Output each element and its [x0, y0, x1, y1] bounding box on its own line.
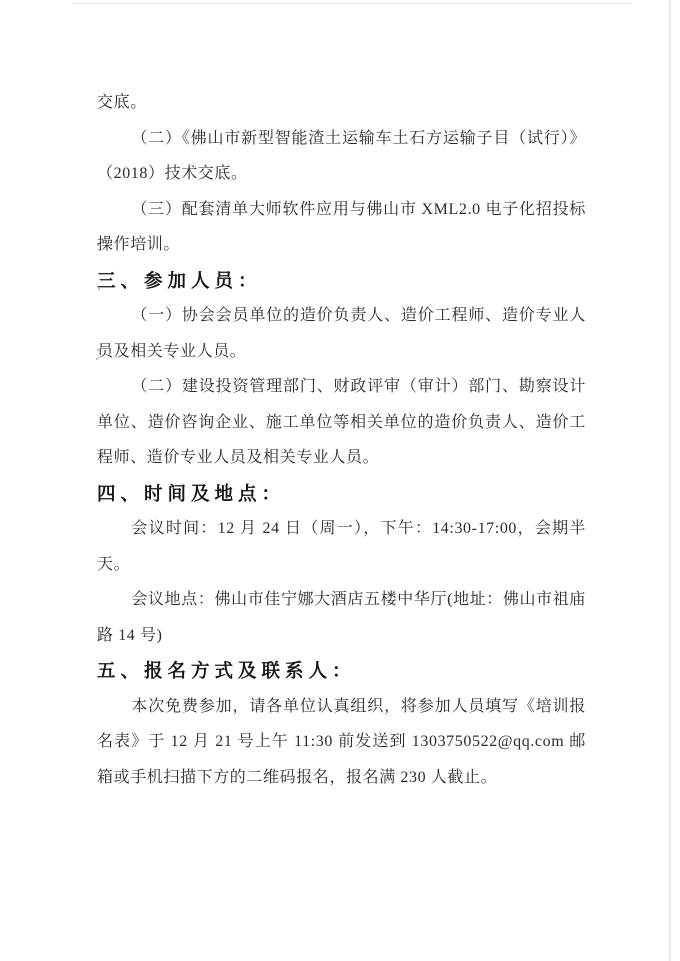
body-paragraph: 会议时间：12 月 24 日（周一），下午：14:30-17:00，会期半天。 — [97, 511, 586, 582]
body-paragraph: （三）配套清单大师软件应用与佛山市 XML2.0 电子化招投标操作培训。 — [97, 192, 586, 263]
document-page: 交底。 （二）《佛山市新型智能渣土运输车土石方运输子目（试行）》（2018）技术… — [0, 0, 680, 961]
body-paragraph: （一）协会会员单位的造价负责人、造价工程师、造价专业人员及相关专业人员。 — [97, 298, 586, 369]
scan-artifact-right-edge — [669, 0, 671, 961]
body-paragraph: 会议地点：佛山市佳宁娜大酒店五楼中华厅(地址：佛山市祖庙路 14 号) — [97, 582, 586, 653]
body-paragraph-continuation: 交底。 — [97, 85, 586, 121]
document-text-block: 交底。 （二）《佛山市新型智能渣土运输车土石方运输子目（试行）》（2018）技术… — [97, 85, 586, 795]
section-heading-participants: 三、参加人员： — [97, 263, 586, 299]
scan-artifact-top-edge — [72, 3, 632, 4]
body-paragraph: （二）建设投资管理部门、财政评审（审计）部门、勘察设计单位、造价咨询企业、施工单… — [97, 369, 586, 476]
body-paragraph: （二）《佛山市新型智能渣土运输车土石方运输子目（试行）》（2018）技术交底。 — [97, 121, 586, 192]
section-heading-registration: 五、报名方式及联系人： — [97, 653, 586, 689]
body-paragraph: 本次免费参加，请各单位认真组织，将参加人员填写《培训报名表》于 12 月 21 … — [97, 689, 586, 796]
section-heading-time-location: 四、时间及地点： — [97, 476, 586, 512]
